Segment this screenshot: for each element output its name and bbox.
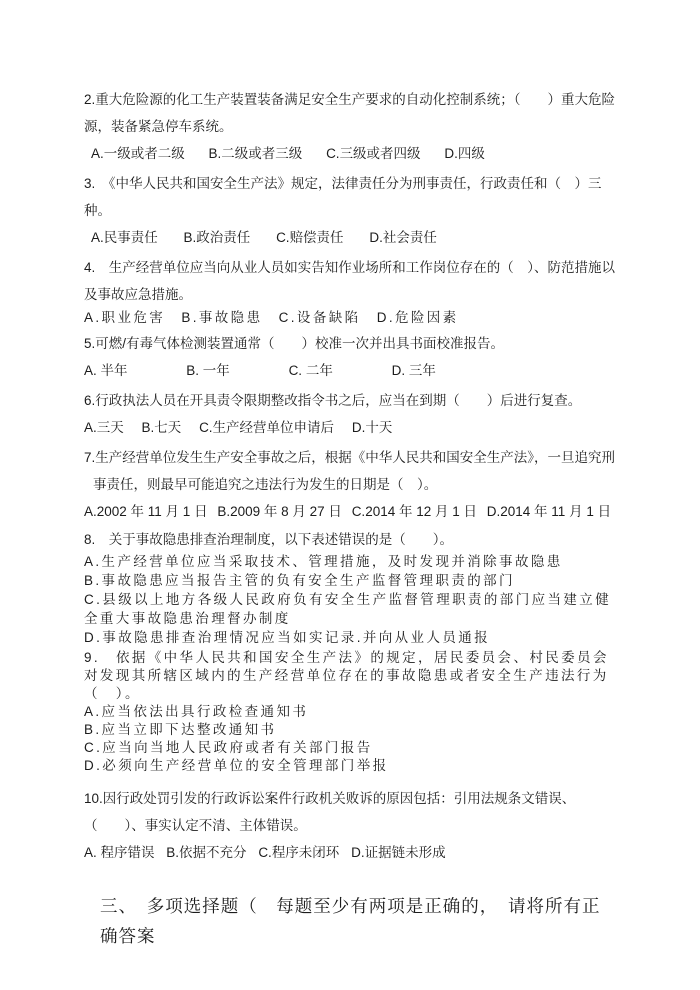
option-d: D. 三年 [392, 357, 436, 384]
question-9-option-a: A.应当依法出具行政检查通知书 [84, 703, 616, 721]
option-b: B.二级或者三级 [209, 140, 303, 167]
option-b: B.2009 年 8 月 27 日 [217, 498, 342, 525]
option-c: C.设备缺陷 [279, 308, 361, 327]
option-d: D.四级 [444, 140, 485, 167]
question-3-options: A.民事责任 B.政治责任 C.赔偿责任 D.社会责任 [84, 224, 616, 251]
option-a: A.一级或者二级 [91, 140, 185, 167]
question-7-stem: 7.生产经营单位发生生产安全事故之后，根据《中华人民共和国安全生产法》，一旦追究… [84, 444, 616, 498]
exam-document-page: 2.重大危险源的化工生产装置装备满足安全生产要求的自动化控制系统；（ ）重大危险… [0, 0, 700, 951]
option-a: A.三天 [84, 414, 124, 441]
question-2-options: A.一级或者二级 B.二级或者三级 C.三级或者四级 D.四级 [84, 140, 616, 167]
option-d: D.十天 [352, 414, 393, 441]
option-d: D.危险因素 [377, 308, 459, 327]
option-a: A.民事责任 [91, 224, 158, 251]
question-9-option-c: C.应当向当地人民政府或者有关部门报告 [84, 739, 616, 757]
option-b: B.事故隐患 [181, 308, 262, 327]
question-8-option-a: A.生产经营单位应当采取技术、管理措施，及时发现并消除事故隐患 [84, 552, 616, 571]
question-10-stem: 10.因行政处罚引发的行政诉讼案件行政机关败诉的原因包括：引用法规条文错误、（ … [84, 785, 616, 839]
question-4-stem: 4. 生产经营单位应当向从业人员如实告知作业场所和工作岗位存在的（ ）、防范措施… [84, 254, 616, 308]
question-9-stem: 9. 依据《中华人民共和国安全生产法》的规定，居民委员会、村民委员会对发现其所辖… [84, 649, 616, 703]
question-5: 5.可燃/有毒气体检测装置通常（ ）校准一次并出具书面校准报告。 A. 半年 B… [84, 330, 616, 384]
option-d: D.社会责任 [369, 224, 437, 251]
question-2: 2.重大危险源的化工生产装置装备满足安全生产要求的自动化控制系统；（ ）重大危险… [84, 86, 616, 167]
question-8-option-d: D.事故隐患排查治理情况应当如实记录.并向从业人员通报 [84, 628, 616, 647]
option-c: C.生产经营单位申请后 [199, 414, 334, 441]
option-a: A.2002 年 11 月 1 日 [84, 498, 208, 525]
question-7: 7.生产经营单位发生生产安全事故之后，根据《中华人民共和国安全生产法》，一旦追究… [84, 444, 616, 525]
question-8: 8. 关于事故隐患排查治理制度，以下表述错误的是（ ）。 A.生产经营单位应当采… [84, 528, 616, 647]
option-a: A. 半年 [84, 357, 128, 384]
question-4-options: A.职业危害 B.事故隐患 C.设备缺陷 D.危险因素 [84, 308, 616, 327]
option-c: C.赔偿责任 [276, 224, 344, 251]
option-b: B.政治责任 [184, 224, 251, 251]
question-5-stem: 5.可燃/有毒气体检测装置通常（ ）校准一次并出具书面校准报告。 [84, 330, 616, 357]
option-c: C.程序未闭环 [258, 839, 339, 866]
question-3: 3. 《中华人民共和国安全生产法》规定，法律责任分为刑事责任，行政责任和（ ）三… [84, 170, 616, 251]
option-d: D.证据链未形成 [351, 839, 446, 866]
option-b: B.依据不充分 [166, 839, 246, 866]
question-8-option-c: C.县级以上地方各级人民政府负有安全生产监督管理职责的部门应当建立健全重大事故隐… [84, 590, 616, 628]
option-c: C. 二年 [289, 357, 333, 384]
question-9-option-b: B.应当立即下达整改通知书 [84, 721, 616, 739]
question-8-stem: 8. 关于事故隐患排查治理制度，以下表述错误的是（ ）。 [84, 528, 616, 552]
question-9: 9. 依据《中华人民共和国安全生产法》的规定，居民委员会、村民委员会对发现其所辖… [84, 649, 616, 775]
option-c: C.三级或者四级 [326, 140, 421, 167]
option-c: C.2014 年 12 月 1 日 [352, 498, 477, 525]
section-heading-multiple-choice: 三、 多项选择题（ 每题至少有两项是正确的， 请将所有正确答案 [84, 891, 616, 951]
question-6-options: A.三天 B.七天 C.生产经营单位申请后 D.十天 [84, 414, 616, 441]
question-9-option-d: D.必须向生产经营单位的安全管理部门举报 [84, 757, 616, 775]
question-8-option-b: B.事故隐患应当报告主管的负有安全生产监督管理职责的部门 [84, 571, 616, 590]
question-7-options: A.2002 年 11 月 1 日 B.2009 年 8 月 27 日 C.20… [84, 498, 616, 525]
question-2-stem: 2.重大危险源的化工生产装置装备满足安全生产要求的自动化控制系统；（ ）重大危险… [84, 86, 616, 140]
question-10: 10.因行政处罚引发的行政诉讼案件行政机关败诉的原因包括：引用法规条文错误、（ … [84, 785, 616, 866]
option-b: B.七天 [142, 414, 182, 441]
option-b: B. 一年 [186, 357, 230, 384]
question-4: 4. 生产经营单位应当向从业人员如实告知作业场所和工作岗位存在的（ ）、防范措施… [84, 254, 616, 327]
question-3-stem: 3. 《中华人民共和国安全生产法》规定，法律责任分为刑事责任，行政责任和（ ）三… [84, 170, 616, 224]
question-5-options: A. 半年 B. 一年 C. 二年 D. 三年 [84, 357, 616, 384]
option-a: A.职业危害 [84, 308, 165, 327]
question-6-stem: 6.行政执法人员在开具责令限期整改指令书之后，应当在到期（ ）后进行复查。 [84, 387, 616, 414]
option-d: D.2014 年 11 月 1 日 [487, 498, 611, 525]
question-10-options: A. 程序错误 B.依据不充分 C.程序未闭环 D.证据链未形成 [84, 839, 616, 866]
question-6: 6.行政执法人员在开具责令限期整改指令书之后，应当在到期（ ）后进行复查。 A.… [84, 387, 616, 441]
option-a: A. 程序错误 [84, 839, 155, 866]
